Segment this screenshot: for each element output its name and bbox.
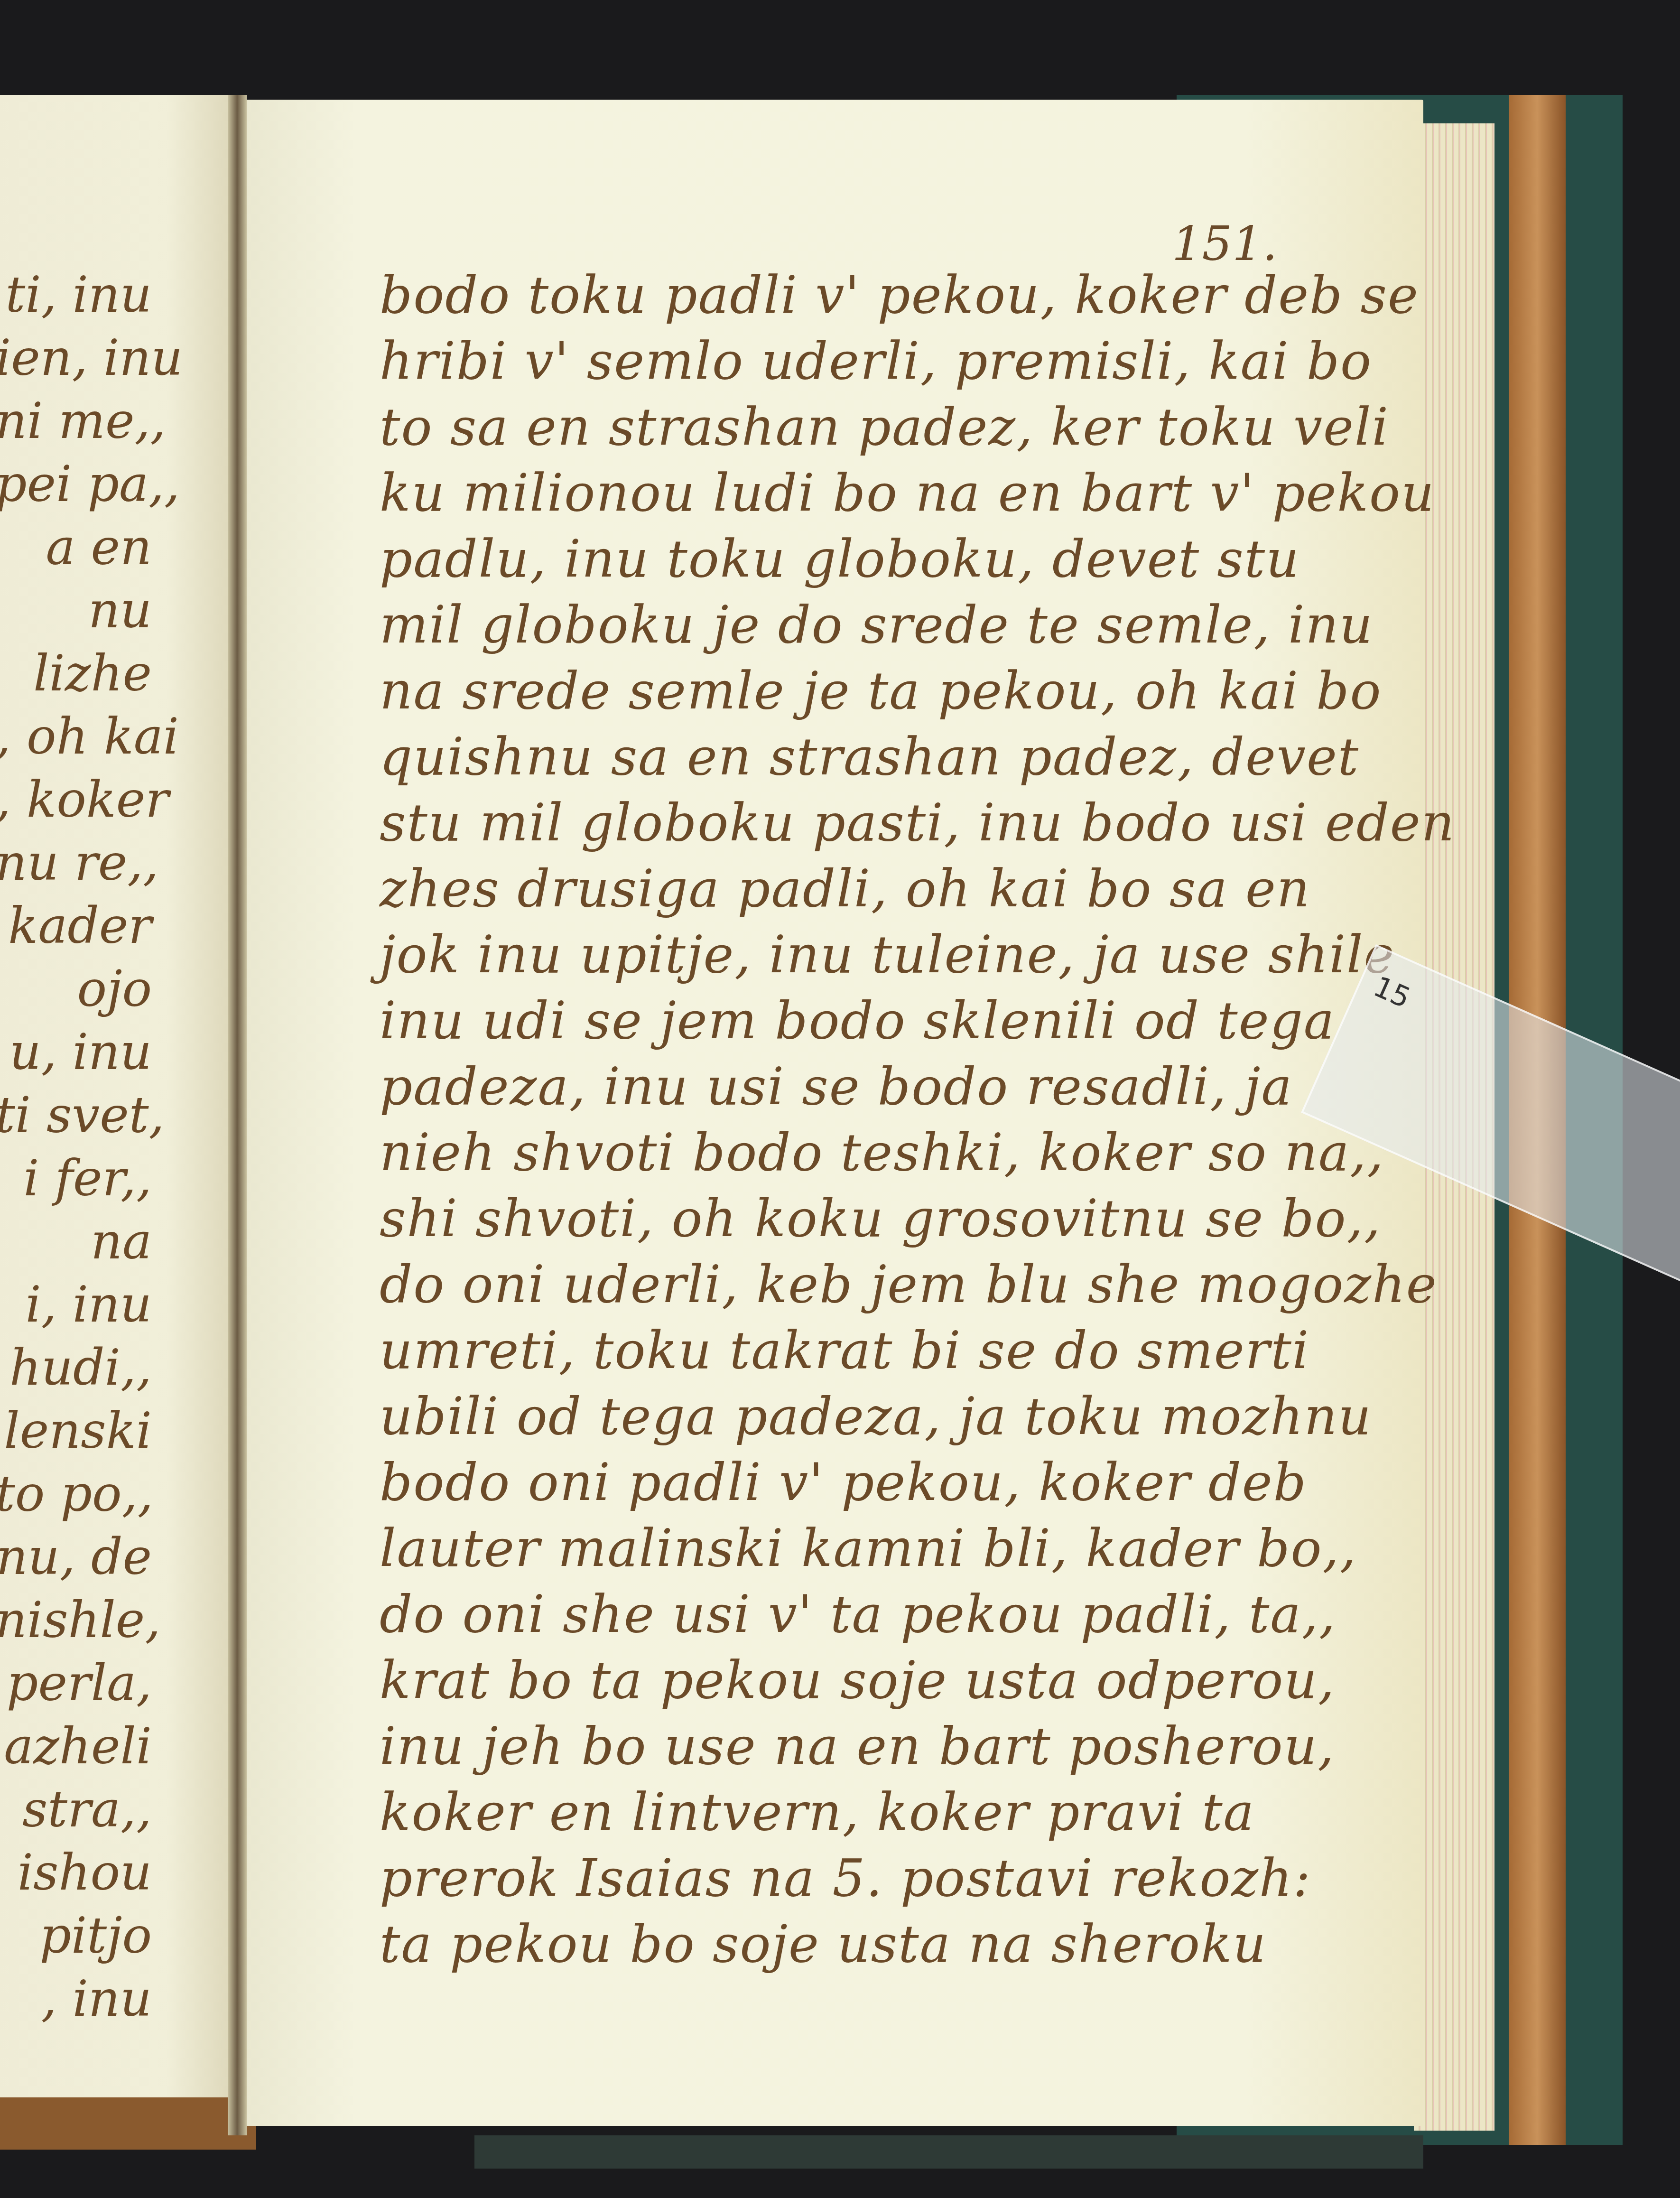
left-page-fragment: kader: [0, 897, 152, 955]
book-gutter: [228, 95, 247, 2135]
left-page-fragment: nu: [0, 581, 152, 639]
manuscript-line: lauter malinski kamni bli, kader bo,,: [380, 1519, 1357, 1578]
manuscript-line: na srede semle je ta pekou, oh kai bo: [380, 661, 1382, 721]
left-page-fragment: i, inu: [0, 1276, 152, 1333]
left-page-fragment: a en: [0, 518, 152, 576]
manuscript-line: bodo toku padli v' pekou, koker deb se: [380, 266, 1419, 325]
left-page-fragment: ti svet,: [0, 1086, 152, 1144]
left-page-fragment: u, inu: [0, 1023, 152, 1081]
left-page-fragment: stra,,: [0, 1780, 152, 1838]
manuscript-line: umreti, toku takrat bi se do smerti: [380, 1321, 1309, 1380]
left-page-fragment: azheli: [0, 1717, 152, 1775]
left-page-fragment: , inu: [0, 1970, 152, 2028]
left-page-fragment: ojo: [0, 960, 152, 1018]
left-page-fragment: na: [0, 1212, 152, 1270]
cover-bottom-band: [474, 2135, 1423, 2169]
manuscript-line: to sa en strashan padez, ker toku veli: [380, 398, 1389, 457]
left-page-fragment: ishou: [0, 1844, 152, 1901]
manuscript-line: quishnu sa en strashan padez, devet: [380, 727, 1359, 787]
left-page-fragment: nu re,,: [0, 834, 152, 892]
left-page-fragment: lizhe: [0, 644, 152, 702]
left-page-fragment: ien, inu: [0, 329, 152, 387]
manuscript-line: ta pekou bo soje usta na sheroku: [380, 1915, 1267, 1974]
left-page-fragment: , oh kai: [0, 708, 152, 765]
manuscript-line: bodo oni padli v' pekou, koker deb: [380, 1453, 1307, 1512]
left-page-fragment: ni me,,: [0, 392, 152, 450]
manuscript-line: padeza, inu usi se bodo resadli, ja: [380, 1057, 1293, 1117]
manuscript-line: koker en lintvern, koker pravi ta: [380, 1783, 1255, 1842]
manuscript-line: do oni she usi v' ta pekou padli, ta,,: [380, 1585, 1336, 1644]
manuscript-line: inu udi se jem bodo sklenili od tega: [380, 991, 1335, 1051]
manuscript-line: inu jeh bo use na en bart posherou,: [380, 1717, 1335, 1776]
manuscript-line: ku milionou ludi bo na en bart v' pekou: [380, 464, 1435, 523]
ruler-label: 15: [1369, 970, 1415, 1015]
left-page-fragment: nishle,: [0, 1591, 152, 1649]
left-page-fragment: to po,,: [0, 1465, 152, 1523]
left-page-fragment: hudi,,: [0, 1339, 152, 1397]
left-cover-leather: [0, 2097, 256, 2150]
manuscript-line: nieh shvoti bodo teshki, koker so na,,: [380, 1123, 1384, 1183]
manuscript-line: jok inu upitje, inu tuleine, ja use shil…: [380, 925, 1395, 985]
manuscript-line: shi shvoti, oh koku grosovitnu se bo,,: [380, 1189, 1381, 1248]
manuscript-line: do oni uderli, keb jem blu she mogozhe: [380, 1255, 1438, 1314]
page-number: 151.: [1172, 216, 1278, 271]
manuscript-line: mil globoku je do srede te semle, inu: [380, 596, 1374, 655]
manuscript-line: stu mil globoku pasti, inu bodo usi eden: [380, 793, 1455, 853]
manuscript-line: zhes drusiga padli, oh kai bo sa en: [380, 859, 1310, 919]
manuscript-line: krat bo ta pekou soje usta odperou,: [380, 1651, 1335, 1710]
left-page-fragment: perla,: [0, 1654, 152, 1712]
manuscript-line: ubili od tega padeza, ja toku mozhnu: [380, 1387, 1372, 1446]
manuscript-line: prerok Isaias na 5. postavi rekozh:: [380, 1849, 1311, 1908]
left-page-fragment: lenski: [0, 1402, 152, 1460]
manuscript-line: hribi v' semlo uderli, premisli, kai bo: [380, 332, 1372, 391]
left-page-fragment: pei pa,,: [0, 455, 152, 513]
left-page-fragment: pitjo: [0, 1907, 152, 1965]
left-page-fragment: nu, de: [0, 1528, 152, 1586]
manuscript-line: padlu, inu toku globoku, devet stu: [380, 530, 1300, 589]
left-page-fragment: ti, inu: [0, 266, 152, 324]
left-page-fragment: , koker: [0, 771, 152, 829]
left-page-fragment: i fer,,: [0, 1149, 152, 1207]
